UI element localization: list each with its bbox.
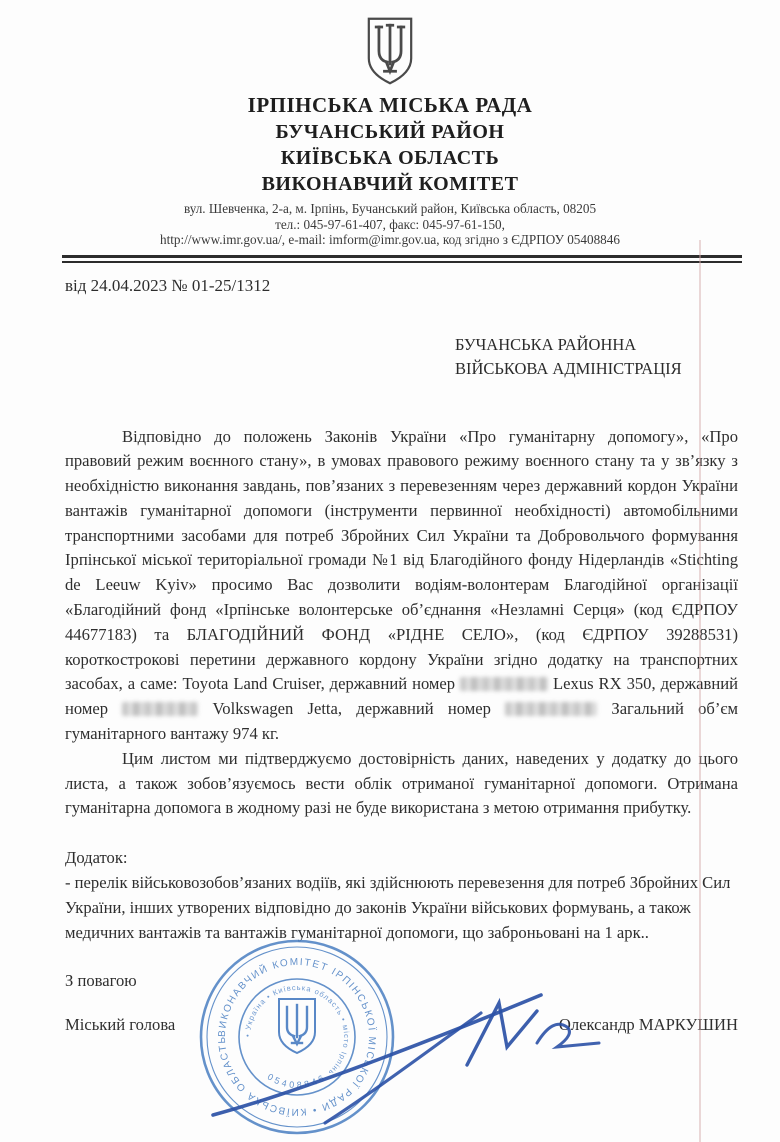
letterhead: ІРПІНСЬКА МІСЬКА РАДА БУЧАНСЬКИЙ РАЙОН К…: [0, 0, 780, 248]
recipient-block: БУЧАНСЬКА РАЙОННА ВІЙСЬКОВА АДМІНІСТРАЦІ…: [455, 333, 738, 381]
redacted-plate-2: [122, 702, 198, 716]
org-oblast: КИЇВСЬКА ОБЛАСТЬ: [0, 145, 780, 171]
paragraph-1-text-a: Відповідно до положень Законів України «…: [65, 427, 738, 694]
recipient-line-1: БУЧАНСЬКА РАЙОННА: [455, 333, 738, 357]
address-line: вул. Шевченка, 2-а, м. Ірпінь, Бучанськи…: [0, 201, 780, 217]
signer-position: Міський голова: [65, 1015, 175, 1035]
paragraph-1-text-c: Volkswagen Jetta, державний номер: [212, 699, 490, 718]
org-name: ІРПІНСЬКА МІСЬКА РАДА: [0, 92, 780, 119]
letter-body: Відповідно до положень Законів України «…: [65, 425, 738, 822]
redacted-plate-1: [460, 677, 548, 691]
letterhead-divider: [62, 255, 742, 263]
attachment-title: Додаток:: [65, 846, 738, 871]
handwritten-signature: [185, 965, 605, 1140]
letterhead-contacts: вул. Шевченка, 2-а, м. Ірпінь, Бучанськи…: [0, 201, 780, 248]
recipient-line-2: ВІЙСЬКОВА АДМІНІСТРАЦІЯ: [455, 357, 738, 381]
attachment-block: Додаток: - перелік військовозобов’язаних…: [65, 846, 738, 945]
phone-line: тел.: 045-97-61-407, факс: 045-97-61-150…: [0, 217, 780, 233]
scanned-letter-page: ІРПІНСЬКА МІСЬКА РАДА БУЧАНСЬКИЙ РАЙОН К…: [0, 0, 780, 1142]
org-committee: ВИКОНАВЧИЙ КОМІТЕТ: [0, 171, 780, 197]
letter-content: від 24.04.2023 № 01-25/1312 БУЧАНСЬКА РА…: [0, 276, 780, 1036]
attachment-item: - перелік військовозобов’язаних водіїв, …: [65, 871, 738, 945]
org-district: БУЧАНСЬКИЙ РАЙОН: [0, 119, 780, 145]
scan-fold-artifact: [699, 240, 701, 1142]
paragraph-2: Цим листом ми підтверджуємо достовірніст…: [65, 747, 738, 821]
redacted-plate-3: [505, 702, 597, 716]
reference-number: від 24.04.2023 № 01-25/1312: [65, 276, 738, 296]
ukraine-trident-emblem-icon: [364, 16, 416, 86]
paragraph-1: Відповідно до положень Законів України «…: [65, 425, 738, 747]
web-email-line: http://www.imr.gov.ua/, e-mail: imform@i…: [0, 232, 780, 248]
